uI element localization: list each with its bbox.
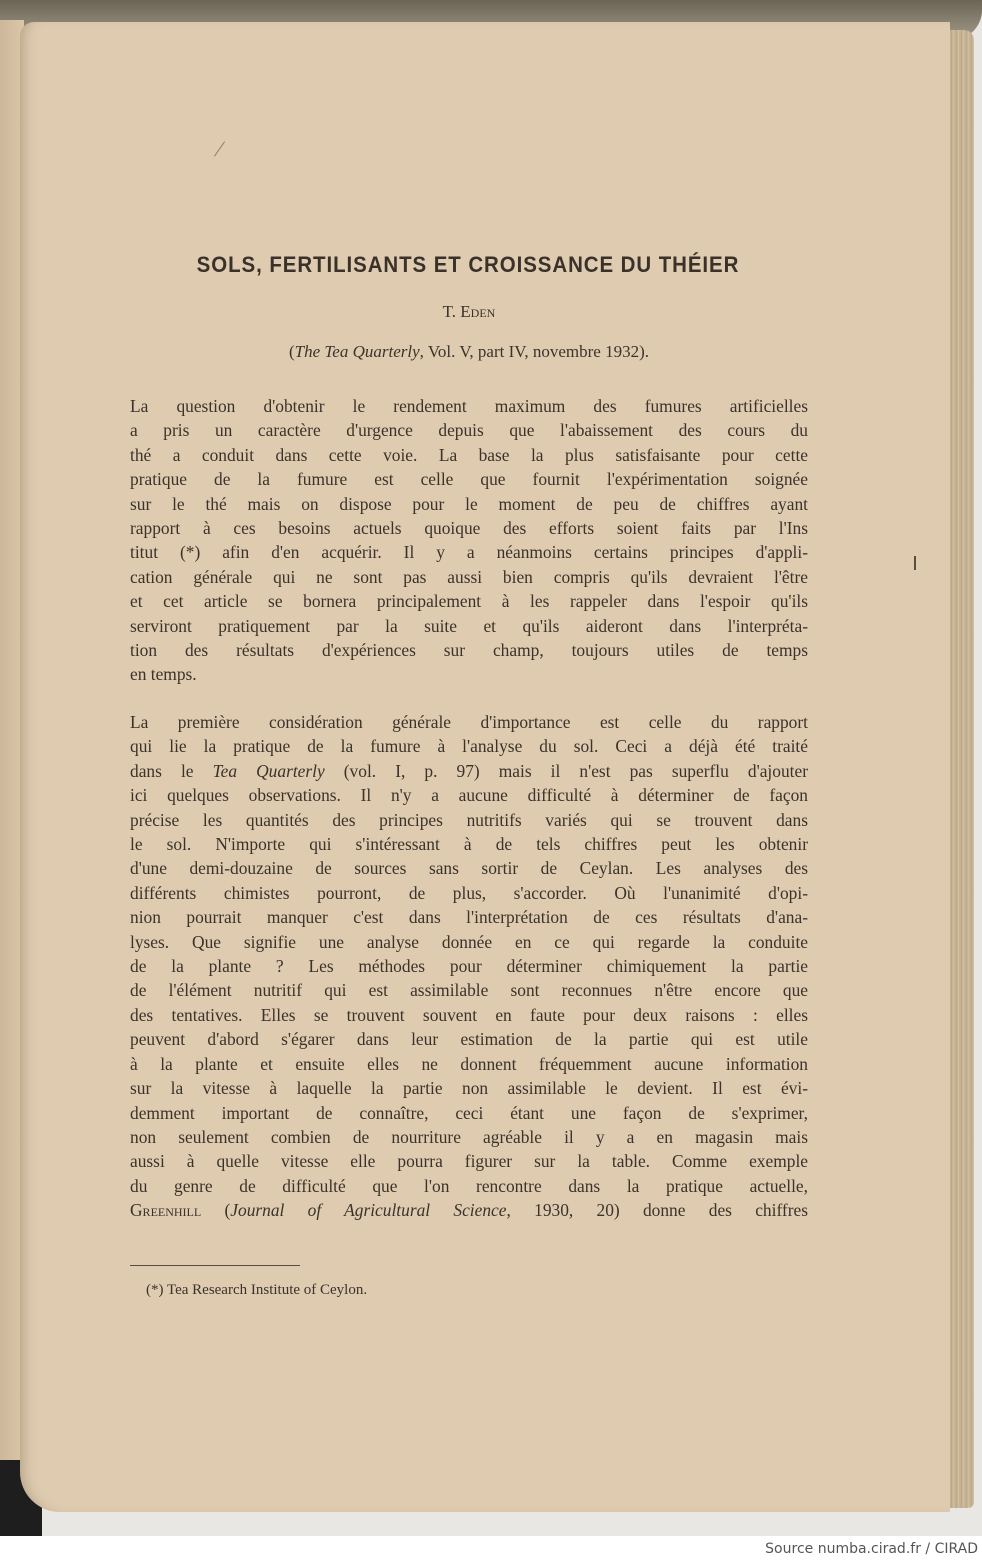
article-title: SOLS, FERTILISANTS ET CROISSANCE DU THÉI… xyxy=(189,252,747,278)
paragraph-2: La première considération générale d'imp… xyxy=(130,710,808,1223)
text-line: a pris un caractère d'urgence depuis que… xyxy=(130,418,808,442)
footnote-rule xyxy=(130,1265,300,1266)
text-line: à la plante et ensuite elles ne donnent … xyxy=(130,1052,808,1076)
text-line: sur la vitesse à laquelle la partie non … xyxy=(130,1076,808,1100)
text-line: de l'élément nutritif qui est assimilabl… xyxy=(130,978,808,1002)
article-source: (The Tea Quarterly, Vol. V, part IV, nov… xyxy=(130,342,808,362)
source-details: , Vol. V, part IV, novembre 1932). xyxy=(420,342,649,361)
text-line: sur le thé mais on dispose pour le momen… xyxy=(130,492,808,516)
text-line: tion des résultats d'expériences sur cha… xyxy=(130,638,808,662)
source-credit: Source numba.cirad.fr / CIRAD xyxy=(765,1541,978,1557)
text-line: La première considération générale d'imp… xyxy=(130,710,808,734)
text-line: de la plante ? Les méthodes pour détermi… xyxy=(130,954,808,978)
text-line: pratique de la fumure est celle que four… xyxy=(130,467,808,491)
text-line: des tentatives. Elles se trouvent souven… xyxy=(130,1003,808,1027)
text-line: rapport à ces besoins actuels quoique de… xyxy=(130,516,808,540)
article-author: T. Eden xyxy=(130,302,808,322)
text-line: différents chimistes pourront, de plus, … xyxy=(130,881,808,905)
text-line: demment important de connaître, ceci éta… xyxy=(130,1101,808,1125)
text-line: en temps. xyxy=(130,662,808,686)
text-line: et cet article se bornera principalement… xyxy=(130,589,808,613)
text-line: lyses. Que signifie une analyse donnée e… xyxy=(130,930,808,954)
text-line: serviront pratiquement par la suite et q… xyxy=(130,614,808,638)
text-line: précise les quantités des principes nutr… xyxy=(130,808,808,832)
text-line: peuvent d'abord s'égarer dans leur estim… xyxy=(130,1027,808,1051)
text-line: thé a conduit dans cette voie. La base l… xyxy=(130,443,808,467)
author-name: Eden xyxy=(460,302,495,321)
text-line: ici quelques observations. Il n'y a aucu… xyxy=(130,783,808,807)
footnote: (*) Tea Research Institute of Ceylon. xyxy=(146,1282,367,1299)
author-initial: T. xyxy=(443,302,461,321)
source-journal: The Tea Quarterly xyxy=(295,342,420,361)
text-line: titut (*) afin d'en acquérir. Il y a néa… xyxy=(130,540,808,564)
text-line: aussi à quelle vitesse elle pourra figur… xyxy=(130,1149,808,1173)
text-line: La question d'obtenir le rendement maxim… xyxy=(130,394,808,418)
text-line: cation générale qui ne sont pas aussi bi… xyxy=(130,565,808,589)
text-line: non seulement combien de nourriture agré… xyxy=(130,1125,808,1149)
text-line: Greenhill (Journal of Agricultural Scien… xyxy=(130,1198,808,1222)
margin-mark xyxy=(914,556,916,570)
text-line: qui lie la pratique de la fumure à l'ana… xyxy=(130,734,808,758)
text-line: d'une demi-douzaine de sources sans sort… xyxy=(130,856,808,880)
text-line: dans le Tea Quarterly (vol. I, p. 97) ma… xyxy=(130,759,808,783)
text-line: le sol. N'importe qui s'intéressant à de… xyxy=(130,832,808,856)
text-line: nion pourrait manquer c'est dans l'inter… xyxy=(130,905,808,929)
text-line: du genre de difficulté que l'on rencontr… xyxy=(130,1174,808,1198)
paragraph-1: La question d'obtenir le rendement maxim… xyxy=(130,394,808,687)
